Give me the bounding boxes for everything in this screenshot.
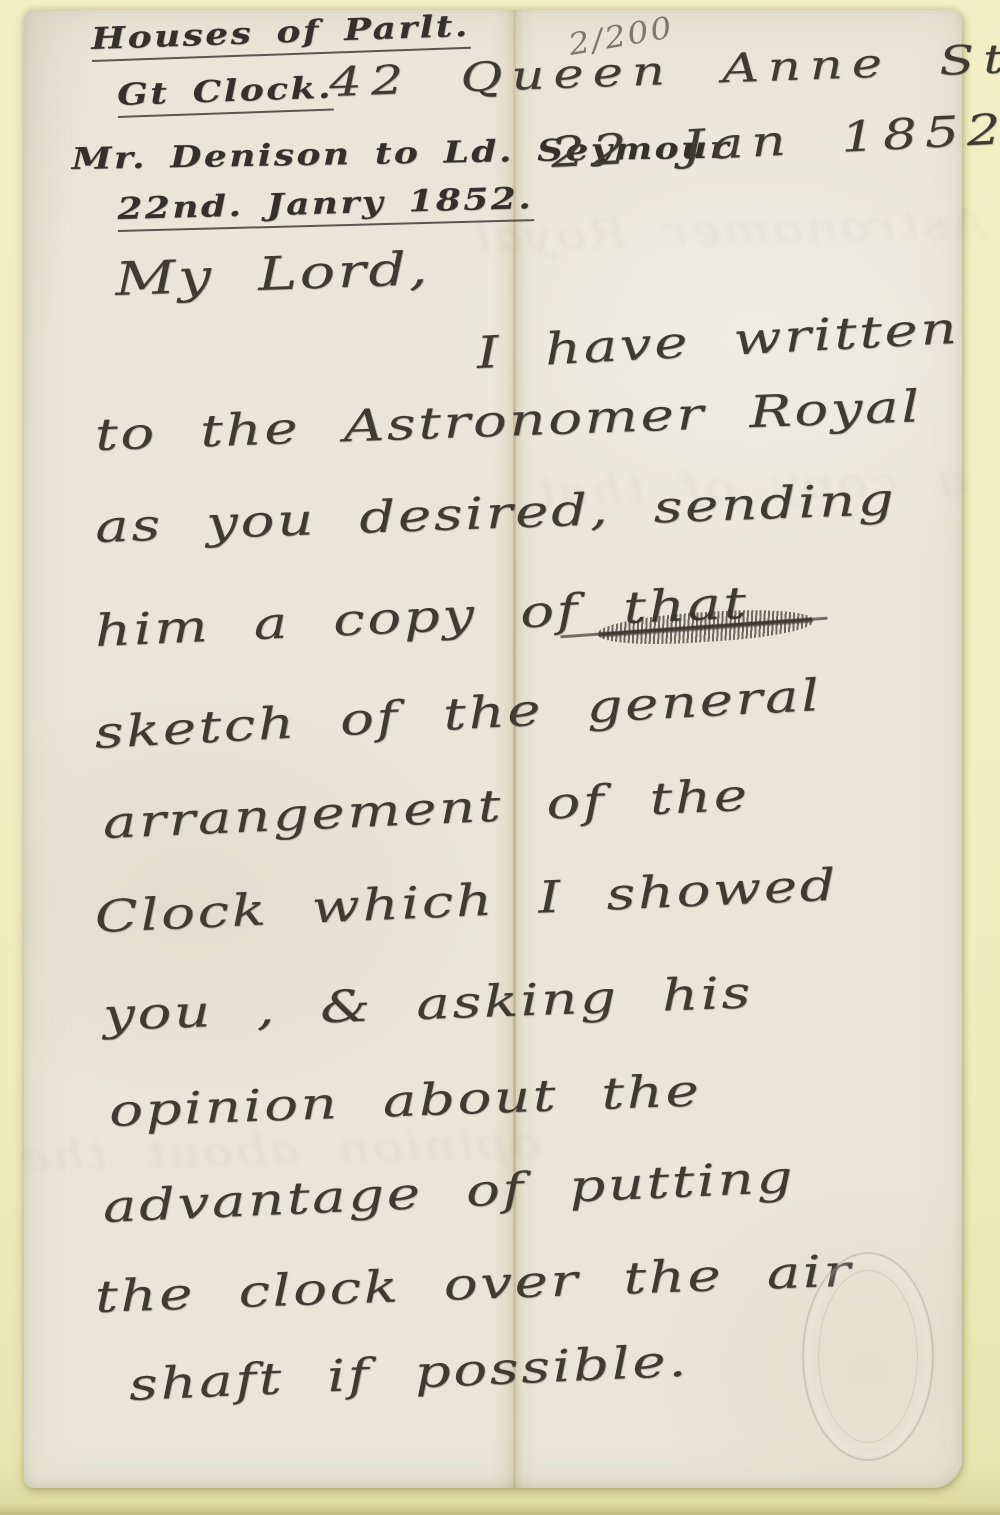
scan-background: to the Astronomer Royal him a copy of th… — [0, 0, 1000, 1515]
mat-bottom-edge — [0, 1503, 1000, 1515]
salutation: My Lord, — [114, 241, 431, 306]
docket-subject: Gt Clock. — [117, 70, 334, 118]
embossed-seal-inner — [818, 1270, 918, 1443]
embossed-seal — [802, 1252, 934, 1461]
